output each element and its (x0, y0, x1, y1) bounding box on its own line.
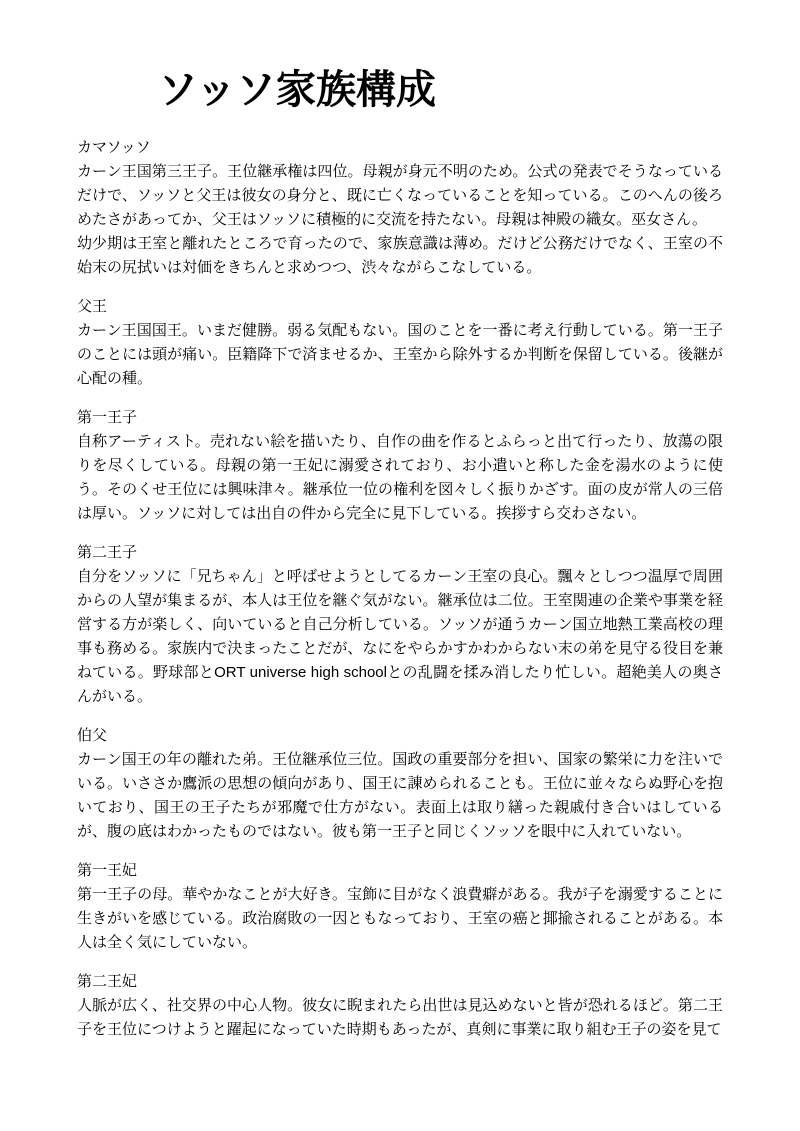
section-body: カーン国王の年の離れた弟。王位継承位三位。国政の重要部分を担い、国家の繁栄に力を… (77, 748, 723, 844)
section-body: 自称アーティスト。売れない絵を描いたり、自作の曲を作るとふらっと出て行ったり、放… (77, 430, 723, 526)
section-second-prince: 第二王子 自分をソッソに「兄ちゃん」と呼ばせようとしてるカーン王室の良心。飄々と… (77, 541, 723, 709)
section-first-prince: 第一王子 自称アーティスト。売れない絵を描いたり、自作の曲を作るとふらっと出て行… (77, 406, 723, 526)
section-body: 自分をソッソに「兄ちゃん」と呼ばせようとしてるカーン王室の良心。飄々としつつ温厚… (77, 565, 723, 709)
section-body: 人脈が広く、社交界の中心人物。彼女に睨まれたら出世は見込めないと皆が恐れるほど。… (77, 994, 723, 1042)
document-content: ソッソ家族構成 カマソッソ カーン王国第三王子。王位継承権は四位。母親が身元不明… (77, 66, 723, 1042)
section-heading: 第二王妃 (77, 970, 723, 994)
section-heading: 第一王子 (77, 406, 723, 430)
document-title: ソッソ家族構成 (158, 66, 723, 114)
document-page: ソッソ家族構成 カマソッソ カーン王国第三王子。王位継承権は四位。母親が身元不明… (0, 0, 800, 1131)
section-heading: 伯父 (77, 724, 723, 748)
section-heading: 父王 (77, 295, 723, 319)
section-body: 第一王子の母。華やかなことが大好き。宝飾に目がなく浪費癖がある。我が子を溺愛する… (77, 883, 723, 955)
section-body: カーン王国第三王子。王位継承権は四位。母親が身元不明のため。公式の発表でそうなっ… (77, 160, 723, 280)
section-body: カーン王国国王。いまだ健勝。弱る気配もない。国のことを一番に考え行動している。第… (77, 319, 723, 391)
section-first-queen: 第一王妃 第一王子の母。華やかなことが大好き。宝飾に目がなく浪費癖がある。我が子… (77, 859, 723, 955)
section-kamasosso: カマソッソ カーン王国第三王子。王位継承権は四位。母親が身元不明のため。公式の発… (77, 136, 723, 280)
section-heading: 第二王子 (77, 541, 723, 565)
section-heading: カマソッソ (77, 136, 723, 160)
section-father-king: 父王 カーン王国国王。いまだ健勝。弱る気配もない。国のことを一番に考え行動してい… (77, 295, 723, 391)
section-heading: 第一王妃 (77, 859, 723, 883)
section-second-queen: 第二王妃 人脈が広く、社交界の中心人物。彼女に睨まれたら出世は見込めないと皆が恐… (77, 970, 723, 1042)
section-uncle: 伯父 カーン国王の年の離れた弟。王位継承位三位。国政の重要部分を担い、国家の繁栄… (77, 724, 723, 844)
